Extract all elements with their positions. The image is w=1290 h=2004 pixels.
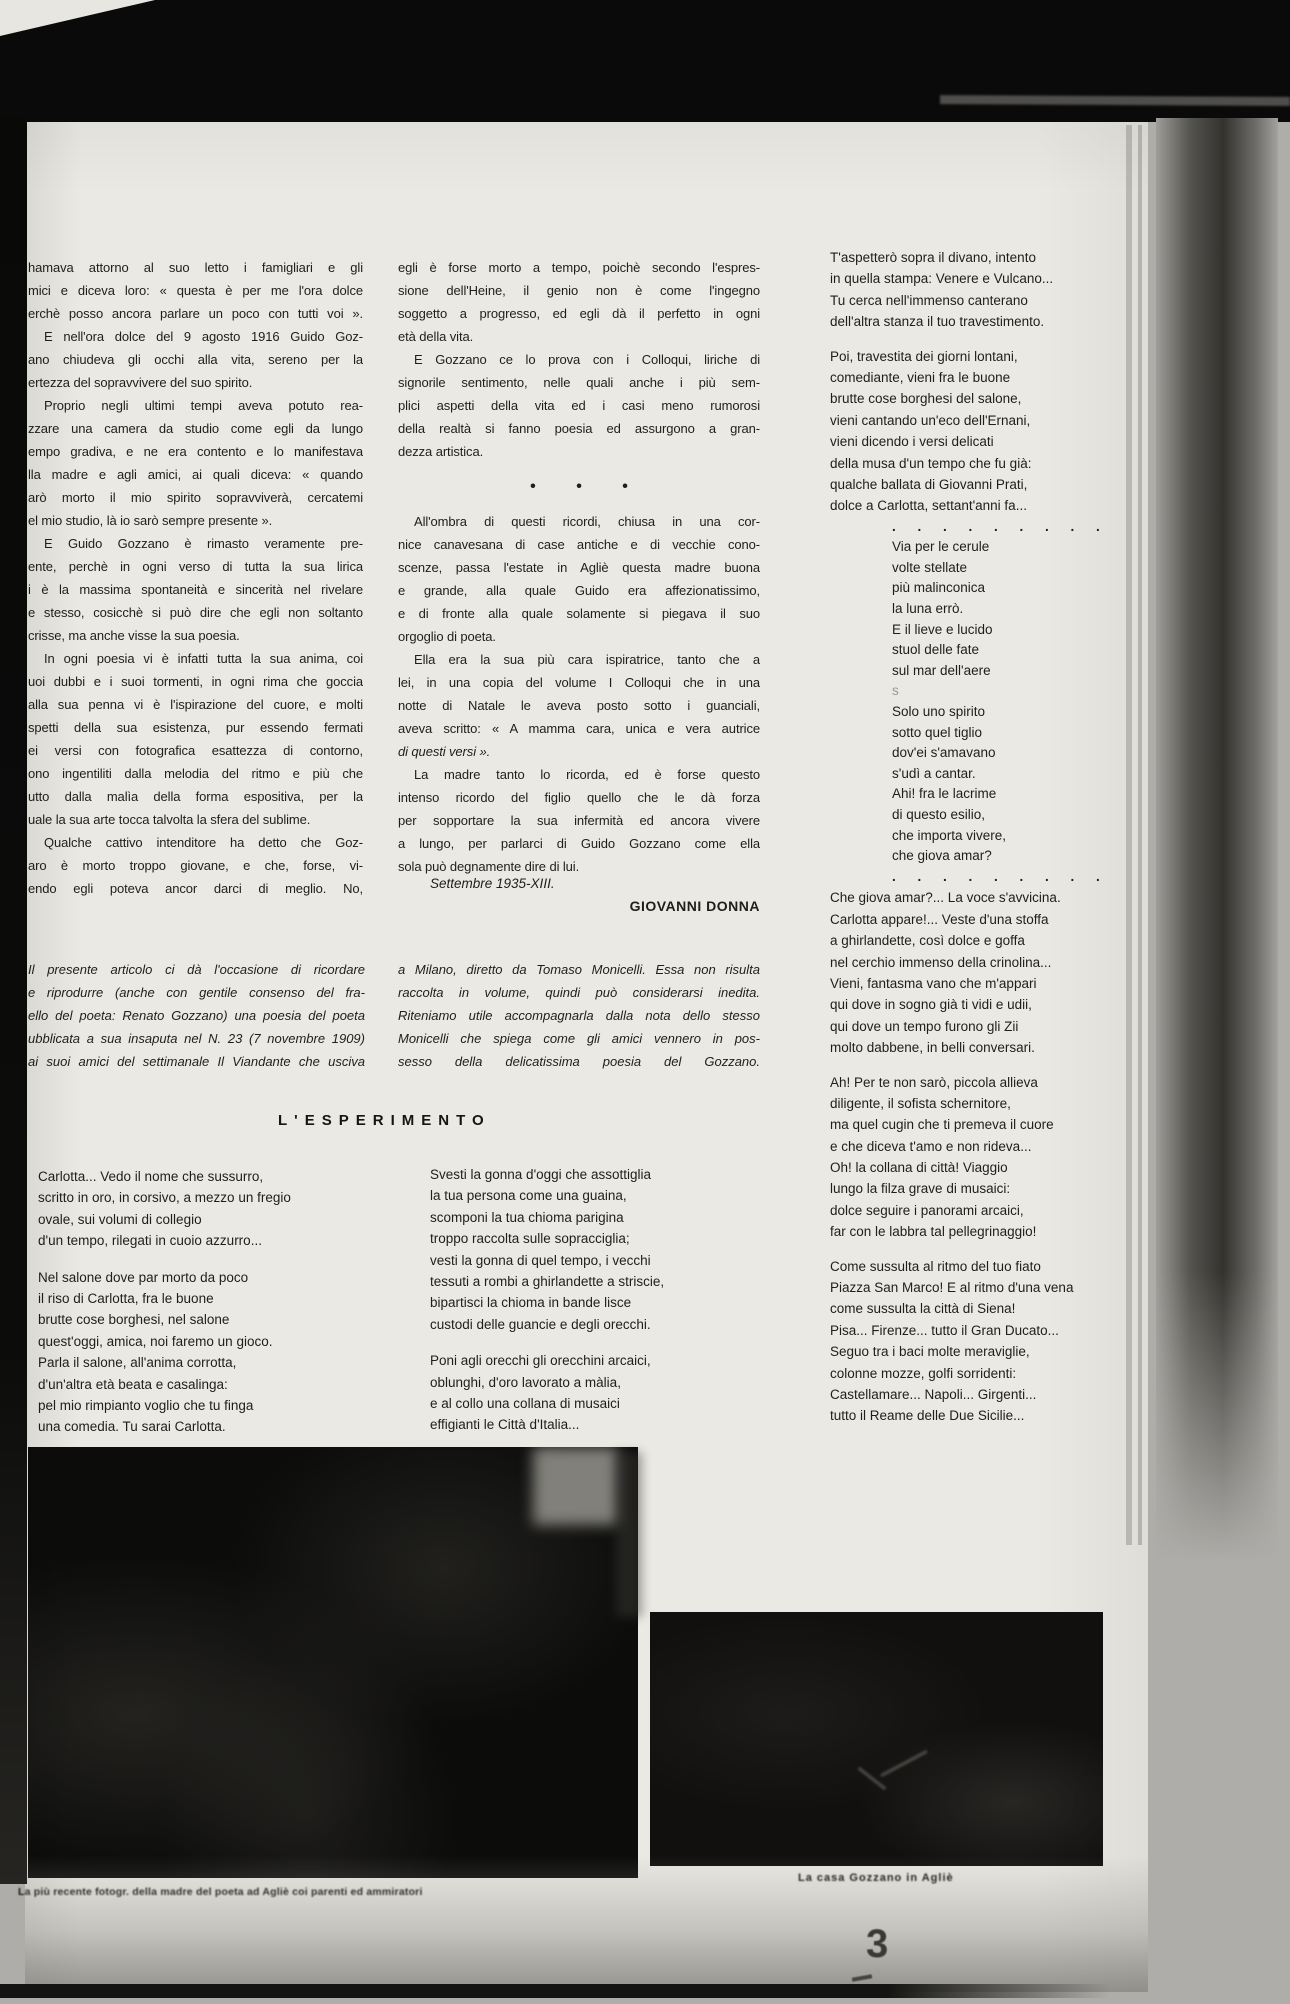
article-dateline: Settembre 1935-XIII.	[430, 876, 555, 891]
text-line: . . . . . . . . .	[892, 517, 1122, 538]
scan-light-streak	[940, 95, 1290, 106]
text-line: alla sua penna vi è l'ispirazione del cu…	[28, 693, 363, 716]
text-line: Seguo tra i baci molte meraviglie,	[830, 1341, 1122, 1362]
text-line: plici aspetti della vita ed i casi meno …	[398, 394, 760, 417]
article-column-2: egli è forse morto a tempo, poichè secon…	[398, 256, 760, 878]
text-line: scritto in oro, in corsivo, a mezzo un f…	[38, 1187, 340, 1208]
text-line: volte stellate	[892, 558, 1122, 579]
text-line: Tu cerca nell'immenso canterano	[830, 290, 1122, 311]
text-line: e grande, alla quale Guido era affeziona…	[398, 579, 760, 602]
text-line: ai suoi amici del settimanale Il Viandan…	[28, 1050, 365, 1073]
text-line: Oh! la collana di città! Viaggio	[830, 1157, 1122, 1178]
photo-caption-right: La casa Gozzano in Agliè	[798, 1872, 1008, 1884]
text-line: a Milano, diretto da Tomaso Monicelli. E…	[398, 958, 760, 981]
text-line: stuol delle fate	[892, 640, 1122, 661]
text-line: Svesti la gonna d'oggi che assottiglia	[430, 1164, 718, 1185]
text-line: sul mar dell'aere	[892, 661, 1122, 682]
text-line: aro è morto troppo giovane, e che, forse…	[28, 854, 363, 877]
text-line: egli è forse morto a tempo, poichè secon…	[398, 256, 760, 279]
text-line: dov'ei s'amavano	[892, 743, 1122, 764]
text-line: E il lieve e lucido	[892, 620, 1122, 641]
text-line: e stesso, cosicchè si può dire che egli …	[28, 601, 363, 624]
editorial-note-column-2: a Milano, diretto da Tomaso Monicelli. E…	[398, 958, 760, 1073]
text-line: crisse, ma anche visse la sua poesia.	[28, 624, 363, 647]
text-line: sesso della delicatissima poesia del Goz…	[398, 1050, 760, 1073]
text-line: Carlotta appare!... Veste d'una stoffa	[830, 909, 1122, 930]
scanned-magazine-page: hamava attorno al suo letto i famigliari…	[0, 0, 1290, 2004]
text-line: Solo uno spirito	[892, 702, 1122, 723]
text-line: di questi versi ».	[398, 740, 760, 763]
text-line: tutto il Reame delle Due Sicilie...	[830, 1405, 1122, 1426]
text-line: Castellamare... Napoli... Girgenti...	[830, 1384, 1122, 1405]
text-line: della musa d'un tempo che fu già:	[830, 453, 1122, 474]
esperimento-column-left: Carlotta... Vedo il nome che sussurro,sc…	[38, 1166, 340, 1438]
text-line: zzare una camera da studio come egli da …	[28, 417, 363, 440]
text-line: che giova amar?	[892, 846, 1122, 867]
text-line: nel cerchio immenso della crinolina...	[830, 952, 1122, 973]
text-line: el mio studio, là io sarò sempre present…	[28, 509, 363, 532]
text-line: oblunghi, d'oro lavorato a màlia,	[430, 1372, 718, 1393]
page-edge-shadow-band	[1156, 118, 1278, 1560]
text-line: qui dove un tempo furono gli Zii	[830, 1016, 1122, 1037]
text-line: ei versi con fotografica esattezza di co…	[28, 739, 363, 762]
text-line: E Gozzano ce lo prova con i Colloqui, li…	[398, 348, 760, 371]
text-line: ente, perchè in ogni verso di tutta la s…	[28, 555, 363, 578]
text-line: brutte cose borghesi, nel salone	[38, 1309, 340, 1330]
text-line: In ogni poesia vi è infatti tutta la sua…	[28, 647, 363, 670]
text-line: tessuti a rombi a ghirlandette a strisci…	[430, 1271, 718, 1292]
text-line: diligente, il sofista schernitore,	[830, 1093, 1122, 1114]
text-line: Nel salone dove par morto da poco	[38, 1267, 340, 1288]
text-line: E nell'ora dolce del 9 agosto 1916 Guido…	[28, 325, 363, 348]
text-line: ertezza del sopravvivere del suo spirito…	[28, 371, 363, 394]
photo-mother-in-aglie	[28, 1447, 638, 1878]
text-line: pel mio rimpianto voglio che tu finga	[38, 1395, 340, 1416]
text-line: arò morto il mio spirito sopravviverà, c…	[28, 486, 363, 509]
photo-light-patch	[533, 1447, 618, 1525]
text-line: empo gradiva, e ne era contento e lo man…	[28, 440, 363, 463]
text-line: una comedia. Tu sarai Carlotta.	[38, 1416, 340, 1437]
text-line: endo egli poteva ancor darci di meglio. …	[28, 877, 363, 900]
text-line: scenze, passa l'estate in Agliè questa m…	[398, 556, 760, 579]
text-line: ubblicata a sua insaputa nel N. 23 (7 no…	[28, 1027, 365, 1050]
text-line: Via per le cerule	[892, 537, 1122, 558]
text-line: e che diceva t'amo e non rideva...	[830, 1136, 1122, 1157]
text-line: Poni agli orecchi gli orecchini arcaici,	[430, 1350, 718, 1371]
text-line: più malinconica	[892, 578, 1122, 599]
text-line: Come sussulta al ritmo del tuo fiato	[830, 1256, 1122, 1277]
page-curl-line	[1138, 125, 1142, 1545]
text-line: dolce a Carlotta, settant'anni fa...	[830, 495, 1122, 516]
text-line: sola può degnamente dire di lui.	[398, 855, 760, 878]
text-line: Piazza San Marco! E al ritmo d'una vena	[830, 1277, 1122, 1298]
text-line: Ah! Per te non sarò, piccola allieva	[830, 1072, 1122, 1093]
text-line: Che giova amar?... La voce s'avvicina.	[830, 887, 1122, 908]
text-line: Ahi! fra le lacrime	[892, 784, 1122, 805]
text-line: i è la massima spontaneità e sincerità n…	[28, 578, 363, 601]
text-line: erchè posso ancora parlare un poco con t…	[28, 302, 363, 325]
text-line: • • •	[398, 463, 760, 510]
text-line: All'ombra di questi ricordi, chiusa in u…	[398, 510, 760, 533]
poem-column-right: T'aspetterò sopra il divano, intentoin q…	[830, 247, 1122, 1427]
text-line: ello del poeta: Renato Gozzano) una poes…	[28, 1004, 365, 1027]
text-line: lungo la filza grave di musaici:	[830, 1178, 1122, 1199]
photo-caption-left: La più recente fotogr. della madre del p…	[18, 1886, 448, 1898]
page-number: 3	[866, 1922, 888, 1967]
photo-texture	[650, 1612, 1103, 1866]
text-line: ono ingentiliti dalla melodia del ritmo …	[28, 762, 363, 785]
text-line: intenso ricordo del figlio quello che le…	[398, 786, 760, 809]
article-column-1: hamava attorno al suo letto i famigliari…	[28, 256, 363, 900]
text-line: brutte cose borghesi del salone,	[830, 388, 1122, 409]
text-line: Pisa... Firenze... tutto il Gran Ducato.…	[830, 1320, 1122, 1341]
text-line: custodi delle guancie e degli orecchi.	[430, 1314, 718, 1335]
text-line: uale la sua arte tocca talvolta la sfera…	[28, 808, 363, 831]
text-line: e al collo una collana di musaici	[430, 1393, 718, 1414]
text-line: s	[892, 681, 1122, 702]
page-bottom-edge	[0, 1984, 1110, 1998]
text-line: sione dell'Heine, il genio non è come l'…	[398, 279, 760, 302]
text-line: nice canavesana di case antiche e di vec…	[398, 533, 760, 556]
text-line: Qualche cattivo intenditore ha detto che…	[28, 831, 363, 854]
text-line: T'aspetterò sopra il divano, intento	[830, 247, 1122, 268]
text-line: colonne mozze, golfi sorridenti:	[830, 1363, 1122, 1384]
text-line: vesti la gonna di quel tempo, i vecchi	[430, 1250, 718, 1271]
text-line: d'un tempo, rilegati in cuoio azzurro...	[38, 1230, 340, 1251]
text-line: Vieni, fantasma vano che m'appari	[830, 973, 1122, 994]
text-line: aveva scritto: « A mamma cara, unica e v…	[398, 717, 760, 740]
text-line: qui dove in sogno già ti vidi e udii,	[830, 994, 1122, 1015]
text-line: bipartisci la chioma in bande lisce	[430, 1292, 718, 1313]
text-line: lla madre e agli amici, ai quali diceva:…	[28, 463, 363, 486]
text-line: La madre tanto lo ricorda, ed è forse qu…	[398, 763, 760, 786]
text-line: e di fronte alla quale solamente si pieg…	[398, 602, 760, 625]
text-line: dell'altra stanza il tuo travestimento.	[830, 311, 1122, 332]
text-line: della realtà si fanno poesia ed assurgon…	[398, 417, 760, 440]
text-line: ovale, sui volumi di collegio	[38, 1209, 340, 1230]
text-line: in quella stampa: Venere e Vulcano...	[830, 268, 1122, 289]
text-line: e riprodurre (anche con gentile consenso…	[28, 981, 365, 1004]
text-line: Il presente articolo ci dà l'occasione d…	[28, 958, 365, 981]
photo-casa-gozzano	[650, 1612, 1103, 1866]
text-line: signorile sentimento, nelle quali anche …	[398, 371, 760, 394]
text-line: la tua persona come una guaina,	[430, 1185, 718, 1206]
article-author-signature: GIOVANNI DONNA	[540, 898, 760, 914]
text-line: hamava attorno al suo letto i famigliari…	[28, 256, 363, 279]
text-line: comediante, vieni fra le buone	[830, 367, 1122, 388]
text-line: Ella era la sua più cara ispiratrice, ta…	[398, 648, 760, 671]
text-line: orgoglio di poeta.	[398, 625, 760, 648]
text-line: di questo esilio,	[892, 805, 1122, 826]
text-line: soggetto a progresso, ed egli dà il perf…	[398, 302, 760, 325]
text-line: mici e diceva loro: « questa è per me l'…	[28, 279, 363, 302]
text-line: che importa vivere,	[892, 826, 1122, 847]
text-line: dolce seguire i panorami arcaici,	[830, 1200, 1122, 1221]
text-line: la luna errò.	[892, 599, 1122, 620]
text-line: ma quel cugin che ti premeva il cuore	[830, 1114, 1122, 1135]
text-line: spetti della sua esistenza, pur essendo …	[28, 716, 363, 739]
text-line: Proprio negli ultimi tempi aveva potuto …	[28, 394, 363, 417]
text-line: far con le labbra tal pellegrinaggio!	[830, 1221, 1122, 1242]
text-line: ano chiudeva gli occhi alla vita, sereno…	[28, 348, 363, 371]
text-line: uoi dubbi e i suoi tormenti, in ogni rim…	[28, 670, 363, 693]
text-line: a ghirlandette, così dolce e goffa	[830, 930, 1122, 951]
text-line: il riso di Carlotta, fra le buone	[38, 1288, 340, 1309]
text-line: per sopportare la sua infermità ed ancor…	[398, 809, 760, 832]
text-line: raccolta in volume, quindi può considera…	[398, 981, 760, 1004]
text-line: molto dabbene, in belli conversari.	[830, 1037, 1122, 1058]
text-line: lei, in una copia del volume I Colloqui …	[398, 671, 760, 694]
text-line: s'udì a cantar.	[892, 764, 1122, 785]
page-gutter-shadow	[0, 118, 27, 1884]
text-line: qualche ballata di Giovanni Prati,	[830, 474, 1122, 495]
text-line: Carlotta... Vedo il nome che sussurro,	[38, 1166, 340, 1187]
text-line: vieni dicendo i versi delicati	[830, 431, 1122, 452]
text-line: E Guido Gozzano è rimasto veramente pre-	[28, 532, 363, 555]
text-line: vieni cantando un'eco dell'Ernani,	[830, 410, 1122, 431]
text-line: utto dalla malìa della forma espositiva,…	[28, 785, 363, 808]
text-line: età della vita.	[398, 325, 760, 348]
text-line: a lungo, per parlarci di Guido Gozzano c…	[398, 832, 760, 855]
text-line: quest'oggi, amica, noi faremo un gioco.	[38, 1331, 340, 1352]
page-curl-line	[1126, 125, 1132, 1545]
text-line: effigianti le Città d'Italia...	[430, 1414, 718, 1435]
text-line: scomponi la tua chioma parigina	[430, 1207, 718, 1228]
text-line: come sussulta la città di Siena!	[830, 1298, 1122, 1319]
text-line: Riteniamo utile accompagnarla dalla nota…	[398, 1004, 760, 1027]
text-line: Poi, travestita dei giorni lontani,	[830, 346, 1122, 367]
poem-title-esperimento: L'ESPERIMENTO	[278, 1112, 491, 1129]
esperimento-column-middle: Svesti la gonna d'oggi che assottigliala…	[430, 1164, 718, 1436]
editorial-note-column-1: Il presente articolo ci dà l'occasione d…	[28, 958, 365, 1073]
text-line: notte di Natale le aveva posto sotto i g…	[398, 694, 760, 717]
text-line: d'un'altra età beata e casalinga:	[38, 1374, 340, 1395]
text-line: troppo raccolta sulle sopracciglia;	[430, 1228, 718, 1249]
text-line: . . . . . . . . .	[892, 867, 1122, 888]
text-line: Monicelli che spiega come gli amici venn…	[398, 1027, 760, 1050]
text-line: dezza artistica.	[398, 440, 760, 463]
text-line: sotto quel tiglio	[892, 723, 1122, 744]
scan-corner-wedge	[0, 0, 155, 36]
text-line: Parla il salone, all'anima corrotta,	[38, 1352, 340, 1373]
scan-smudge	[616, 1452, 642, 1617]
